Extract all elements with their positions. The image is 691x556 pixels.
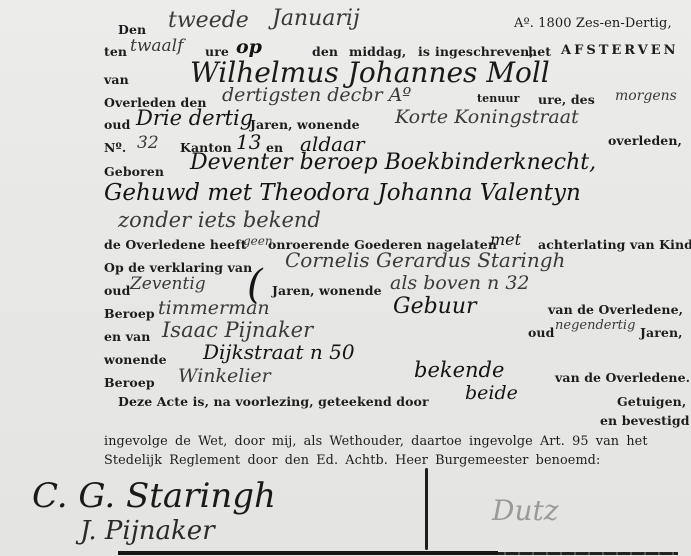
label-no: Nº. (104, 140, 126, 155)
label-van-de-overledene: van de Overledene, (548, 302, 683, 317)
hw-declarant-age: Zeventig (130, 274, 206, 294)
bottom-rule-right (498, 552, 678, 555)
hw-met: met (490, 230, 521, 249)
hw-op: op (236, 36, 262, 58)
hw-declarant-job: timmerman (158, 297, 270, 319)
hw-born: Deventer beroep Boekbinderknecht, (190, 150, 596, 175)
label-getuigen: Getuigen, (617, 394, 686, 409)
label-den: Den (118, 22, 146, 37)
hw-time-of-day: morgens (615, 88, 677, 104)
label-jaren-wonende: Jaren, wonende (250, 117, 360, 132)
hw-second-age: negendertig (555, 318, 635, 333)
label-year: Aº. 1800 Zes-en-Dertig, (514, 16, 672, 31)
hw-month: Januarij (272, 6, 360, 31)
hw-married: Gehuwd met Theodora Johanna Valentyn (104, 180, 581, 206)
label-beroep2: Beroep (104, 375, 155, 390)
hw-declarant-residence: als boven n 32 (390, 272, 530, 294)
hw-second-residence: Dijkstraat n 50 (203, 340, 355, 364)
signature-brace (425, 468, 428, 550)
label-geboren: Geboren (104, 164, 164, 179)
label-jaren3: Jaren, (640, 325, 683, 340)
label-oud2: oud (104, 283, 130, 298)
hw-declarant: Cornelis Gerardus Staringh (285, 248, 565, 272)
hw-no-children: zonder iets bekend (118, 208, 321, 232)
label-stedelijk-line: Stedelijk Reglement door den Ed. Achtb. … (104, 453, 600, 468)
label-jaren-wonende2: Jaren, wonende (272, 283, 382, 298)
hw-day: tweede (168, 8, 249, 33)
label-oud3: oud (528, 325, 554, 340)
hw-second-job: Winkelier (178, 365, 271, 387)
hw-relation2: bekende (414, 358, 504, 382)
hw-death-date: dertigsten decbr Aº (222, 84, 411, 106)
label-van-de-overledene2: van de Overledene. (555, 370, 690, 385)
label-de-overledene-heeft: de Overledene heeft (104, 237, 247, 252)
bottom-rule (118, 551, 498, 555)
label-ure-des: ure, des (538, 92, 595, 107)
hw-hour: twaalf (130, 36, 183, 56)
label-ten: ten (104, 44, 127, 59)
label-en-van: en van (104, 329, 150, 344)
signature-staringh: C. G. Staringh (32, 476, 276, 516)
label-deze-acte: Deze Acte is, na voorlezing, geteekend d… (118, 394, 429, 409)
hw-relation: Gebuur (393, 294, 477, 319)
hw-second-witness: Isaac Pijnaker (162, 318, 313, 342)
label-van: van (104, 72, 129, 87)
label-wonende: wonende (104, 352, 167, 367)
label-oud: oud (104, 117, 130, 132)
label-op-de-verklaring: Op de verklaring van (104, 260, 252, 275)
document-page: Den tweede Januarij Aº. 1800 Zes-en-Dert… (0, 0, 691, 556)
hw-age: Drie dertig (136, 106, 253, 130)
signature-official: Dutz (492, 494, 559, 527)
label-afsterven: AFSTERVEN (561, 43, 679, 58)
signature-pijnaker: J. Pijnaker (80, 516, 215, 546)
hw-beide: beide (465, 382, 518, 404)
label-en-bevestigd: en bevestigd (600, 413, 690, 428)
hw-death-hour: tenuur (477, 92, 519, 105)
hw-residence: Korte Koningstraat (395, 106, 579, 128)
label-ingevolge-line: ingevolge de Wet, door mij, als Wethoude… (104, 434, 648, 449)
label-beroep: Beroep (104, 306, 155, 321)
hw-house-no: 32 (137, 133, 159, 153)
label-overleden: overleden, (608, 133, 682, 148)
